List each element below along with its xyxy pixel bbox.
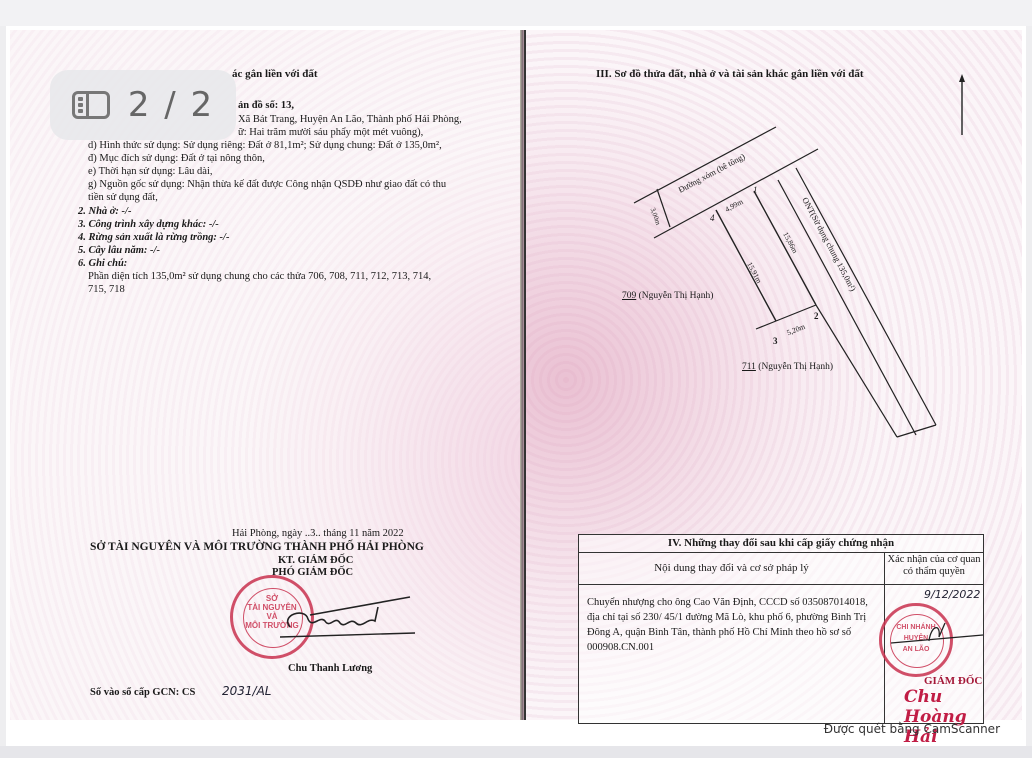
point-2: 2 [814, 310, 819, 322]
left-header: ác gắn liền với đất [232, 68, 318, 80]
branch-signer-title: GIÁM ĐỐC [924, 675, 982, 687]
changes-table: IV. Những thay đổi sau khi cấp giấy chứn… [578, 534, 984, 724]
page-list-icon [72, 91, 110, 119]
note-text-cont: 715, 718 [88, 284, 125, 296]
registry-number: 2031/AL [222, 685, 271, 697]
place-date: Hải Phòng, ngày ..3.. tháng 11 năm 2022 [232, 528, 404, 540]
changes-table-title: IV. Những thay đổi sau khi cấp giấy chứn… [579, 535, 983, 553]
signer-title-1: KT. GIÁM ĐỐC [278, 555, 353, 567]
viewer-top-bar [0, 0, 1032, 26]
page-indicator[interactable]: 2 / 2 [50, 70, 236, 140]
issuing-agency: SỞ TÀI NGUYÊN VÀ MÔI TRƯỜNG THÀNH PHỐ HẢ… [90, 541, 424, 553]
parcel-diagram [526, 30, 1022, 510]
signer-name: Chu Thanh Lương [288, 663, 372, 675]
branch-signature [889, 615, 985, 655]
neighbor-709: 709 (Nguyễn Thị Hạnh) [622, 290, 713, 302]
registry-label: Số vào sổ cấp GCN: CS [90, 687, 195, 699]
point-3: 3 [773, 335, 778, 347]
item-perennial: 5. Cây lâu năm: -/- [78, 245, 160, 257]
branch-signer-name: Chu Hoàng Hải [904, 687, 983, 747]
usage-form-line: d) Hình thức sử dụng: Sử dụng riêng: Đất… [88, 140, 442, 152]
item-other-construction: 3. Công trình xây dựng khác: -/- [78, 219, 219, 231]
map-sheet-line: ản đồ số: 13, [238, 100, 294, 112]
item-forest: 4. Rừng sản xuất là rừng trồng: -/- [78, 232, 229, 244]
col-content-header: Nội dung thay đổi và cơ sở pháp lý [579, 552, 884, 584]
area-words-line: ữ: Hai trăm mười sáu phẩy một mét vuông)… [238, 127, 423, 139]
point-4: 4 [710, 212, 715, 224]
usage-origin-cont: tiền sử dụng đất, [88, 192, 158, 204]
note-text: Phần diện tích 135,0m² sử dụng chung cho… [88, 271, 431, 283]
changes-table-header: Nội dung thay đổi và cơ sở pháp lý Xác n… [579, 552, 983, 585]
page-counter: 2 / 2 [128, 85, 214, 125]
usage-origin-line: g) Nguồn gốc sử dụng: Nhận thừa kế đất đ… [88, 179, 446, 191]
neighbor-711: 711 (Nguyễn Thị Hạnh) [742, 361, 833, 373]
address-line: Xã Bát Trang, Huyện An Lão, Thành phố Hả… [238, 114, 462, 126]
viewer-bottom-bar [0, 746, 1032, 758]
camscanner-watermark: Được quét bằng CamScanner [824, 722, 1000, 736]
confirmation-date: 9/12/2022 [924, 588, 980, 601]
usage-term-line: e) Thời hạn sử dụng: Lâu dài, [88, 166, 212, 178]
point-1: 1 [753, 184, 758, 196]
usage-purpose-line: đ) Mục đích sử dụng: Đất ở tại nông thôn… [88, 153, 265, 165]
change-content: Chuyển nhượng cho ông Cao Văn Định, CCCD… [587, 595, 877, 655]
col-confirm-header: Xác nhận của cơ quan có thẩm quyền [885, 554, 983, 578]
item-house: 2. Nhà ở: -/- [78, 206, 131, 218]
director-signature [250, 585, 420, 645]
item-notes: 6. Ghi chú: [78, 258, 127, 270]
